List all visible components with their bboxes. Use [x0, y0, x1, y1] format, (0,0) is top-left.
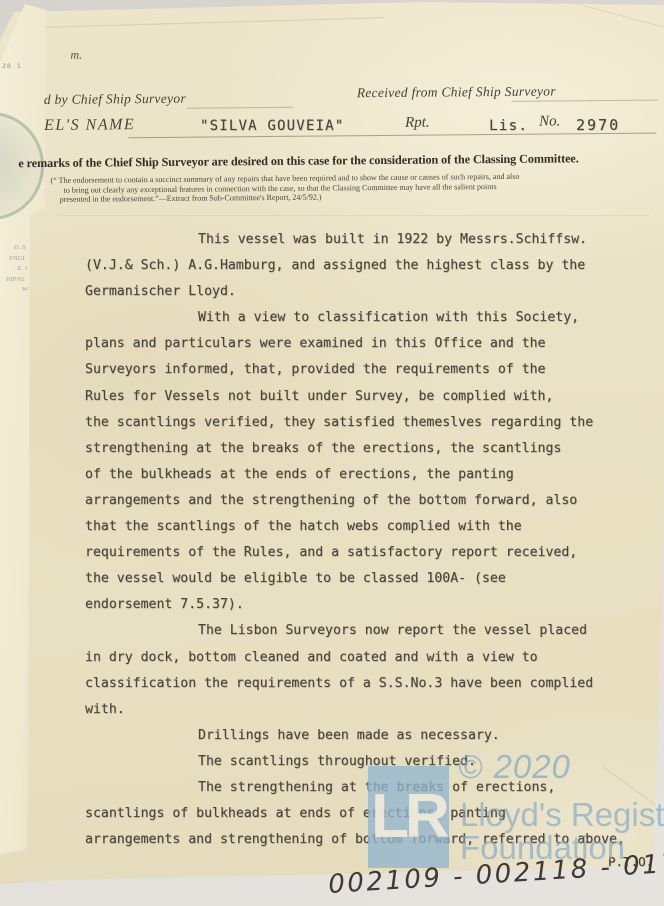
typed-line: Drillings have been made as necessary.	[85, 723, 660, 749]
report-number-value: 2970	[576, 116, 620, 134]
typed-line: the scantlings verified, they satisfied …	[85, 410, 660, 436]
typed-line: With a view to classification with this …	[85, 305, 660, 331]
typed-line: in dry dock, bottom cleaned and coated a…	[85, 645, 660, 671]
typed-line: Germanischer Lloyd.	[85, 279, 660, 305]
typed-line: that the scantlings of the hatch webs co…	[85, 514, 660, 540]
typed-line: endorsement 7.5.37).	[85, 592, 660, 618]
typed-line: requirements of the Rules, and a satisfa…	[85, 540, 660, 566]
form-rule	[187, 107, 293, 109]
typed-line: of the bulkheads at the ends of erection…	[85, 462, 660, 488]
received-from-label: Received from Chief Ship Surveyor	[357, 83, 556, 101]
passed-by-label: d by Chief Ship Surveyor	[44, 91, 186, 108]
typed-report-body: This vessel was built in 1922 by Messrs.…	[85, 227, 660, 853]
document-scan: 28 1 D. SENGI. E. 1HIP/92W m. d by Chief…	[0, 0, 664, 906]
form-rule	[512, 100, 658, 102]
classing-committee-notice: e remarks of the Chief Ship Surveyor are…	[18, 151, 664, 172]
endorsement-fine-print: (“ The endorsement to contain a succinct…	[50, 172, 519, 205]
vessel-name-value: "SILVA GOUVEIA"	[200, 118, 344, 134]
rpt-label: Rpt.	[405, 115, 430, 132]
typed-line: Rules for Vessels not built under Survey…	[85, 384, 660, 410]
typed-line: strengthening at the breaks of the erect…	[85, 436, 660, 462]
typed-line: This vessel was built in 1922 by Messrs.…	[85, 227, 660, 253]
no-label: No.	[539, 113, 560, 130]
typed-line: scantlings of bulkheads at ends of erect…	[85, 801, 660, 827]
typed-line: Surveyors informed, that, provided the r…	[85, 357, 660, 383]
typed-line: arrangements and the strengthening of th…	[85, 488, 660, 514]
typed-line: with.	[85, 697, 660, 723]
vessel-name-label: EL'S NAME	[44, 116, 135, 135]
typed-line: The Lisbon Surveyors now report the vess…	[85, 618, 660, 644]
port-value: Lis.	[489, 118, 528, 134]
typed-line: arrangements and strengthening of bottom…	[85, 827, 660, 853]
typed-line: classification the requirements of a S.S…	[85, 671, 660, 697]
typed-line: the vessel would be eligible to be class…	[85, 566, 660, 592]
typed-line: (V.J.& Sch.) A.G.Hamburg, and assigned t…	[85, 253, 660, 279]
page-content: m. d by Chief Ship Surveyor Received fro…	[0, 0, 664, 906]
typed-line: plans and particulars were examined in t…	[85, 331, 660, 357]
typed-line: The scantlings throughout verified.	[85, 749, 660, 775]
typed-line: The strengthening at the breaks of erect…	[85, 775, 660, 801]
cut-off-word: m.	[70, 48, 82, 63]
